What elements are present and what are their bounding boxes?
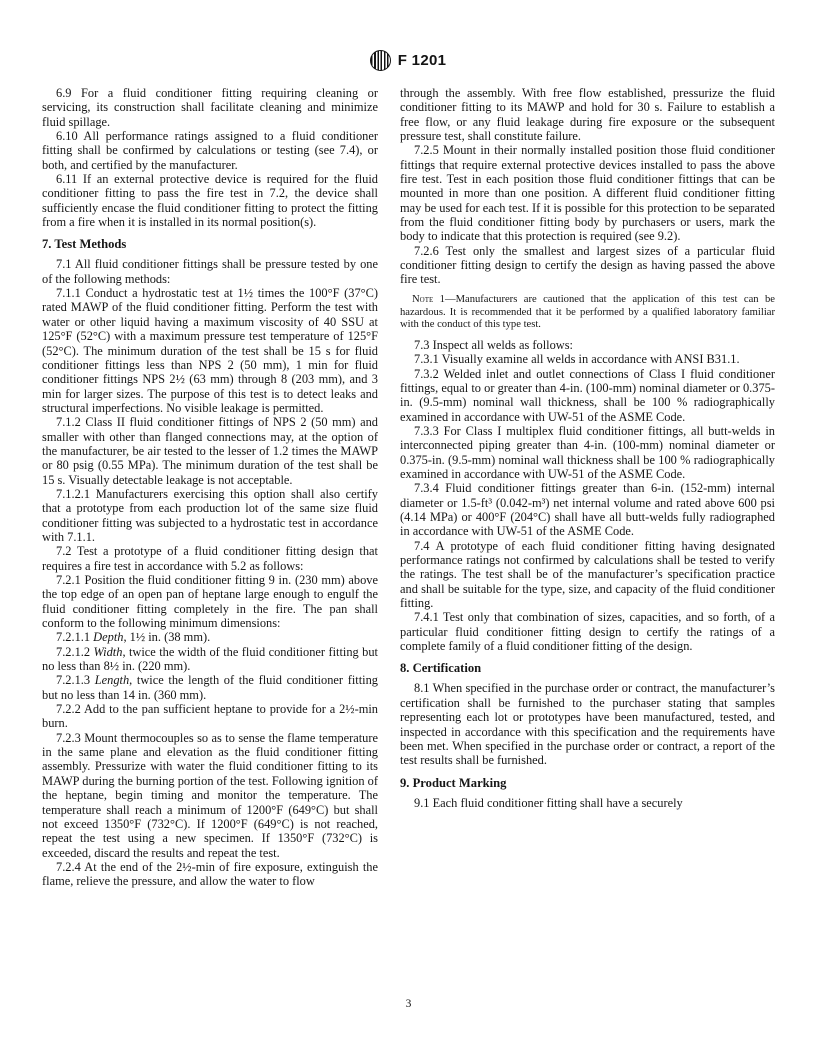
clause-6-9: 6.9 For a fluid conditioner fitting requ… <box>42 86 378 129</box>
section-heading-7: 7. Test Methods <box>42 237 378 252</box>
clause-7-3-3: 7.3.3 For Class I multiplex fluid condit… <box>400 424 775 481</box>
left-column: 6.9 For a fluid conditioner fitting requ… <box>42 86 378 889</box>
clause-7-2-6: 7.2.6 Test only the smallest and largest… <box>400 244 775 287</box>
clause-number: 7.2.1.2 <box>56 645 94 659</box>
clause-7-3-2: 7.3.2 Welded inlet and outlet connection… <box>400 367 775 424</box>
clause-7-2: 7.2 Test a prototype of a fluid conditio… <box>42 544 378 573</box>
standard-code: F 1201 <box>398 52 447 69</box>
clause-7-3: 7.3 Inspect all welds as follows: <box>400 338 775 352</box>
clause-7-2-4: 7.2.4 At the end of the 2½-min of fire e… <box>42 860 378 889</box>
clause-7-2-1-3: 7.2.1.3 Length, twice the length of the … <box>42 673 378 702</box>
clause-7-2-1-1: 7.2.1.1 Depth, 1½ in. (38 mm). <box>42 630 378 644</box>
clause-7-2-3: 7.2.3 Mount thermocouples so as to sense… <box>42 731 378 860</box>
document-page: F 1201 6.9 For a fluid conditioner fitti… <box>0 0 816 1056</box>
defined-term: Length <box>95 673 129 687</box>
section-heading-8: 8. Certification <box>400 661 775 676</box>
document-body: 6.9 For a fluid conditioner fitting requ… <box>42 86 775 889</box>
clause-7-1-1: 7.1.1 Conduct a hydrostatic test at 1½ t… <box>42 286 378 415</box>
defined-term: Depth <box>93 630 123 644</box>
clause-7-1-2-1: 7.1.2.1 Manufacturers exercising this op… <box>42 487 378 544</box>
right-column: through the assembly. With free flow est… <box>400 86 775 889</box>
clause-7-2-1-2: 7.2.1.2 Width, twice the width of the fl… <box>42 645 378 674</box>
astm-logo-icon <box>370 50 391 71</box>
note-text: 1—Manufacturers are cautioned that the a… <box>400 294 775 330</box>
clause-7-4-1: 7.4.1 Test only that combination of size… <box>400 610 775 653</box>
clause-9-1: 9.1 Each fluid conditioner fitting shall… <box>400 796 775 810</box>
clause-7-2-4-continuation: through the assembly. With free flow est… <box>400 86 775 143</box>
page-number: 3 <box>42 998 775 1010</box>
section-heading-9: 9. Product Marking <box>400 776 775 791</box>
clause-7-2-5: 7.2.5 Mount in their normally installed … <box>400 143 775 243</box>
clause-7-1: 7.1 All fluid conditioner fittings shall… <box>42 257 378 286</box>
defined-term: Width <box>94 645 123 659</box>
clause-number: 7.2.1.3 <box>56 673 95 687</box>
clause-6-10: 6.10 All performance ratings assigned to… <box>42 129 378 172</box>
clause-7-2-2: 7.2.2 Add to the pan sufficient heptane … <box>42 702 378 731</box>
clause-7-4: 7.4 A prototype of each fluid conditione… <box>400 539 775 611</box>
document-header: F 1201 <box>0 50 816 71</box>
clause-8-1: 8.1 When specified in the purchase order… <box>400 681 775 767</box>
note-label: Note <box>412 294 433 305</box>
clause-text: , 1½ in. (38 mm). <box>123 630 210 644</box>
clause-7-3-1: 7.3.1 Visually examine all welds in acco… <box>400 352 775 366</box>
clause-7-1-2: 7.1.2 Class II fluid conditioner fitting… <box>42 415 378 487</box>
clause-7-2-1: 7.2.1 Position the fluid conditioner fit… <box>42 573 378 630</box>
note-1: Note 1—Manufacturers are cautioned that … <box>400 294 775 332</box>
clause-6-11: 6.11 If an external protective device is… <box>42 172 378 229</box>
clause-number: 7.2.1.1 <box>56 630 93 644</box>
clause-7-3-4: 7.3.4 Fluid conditioner fittings greater… <box>400 481 775 538</box>
